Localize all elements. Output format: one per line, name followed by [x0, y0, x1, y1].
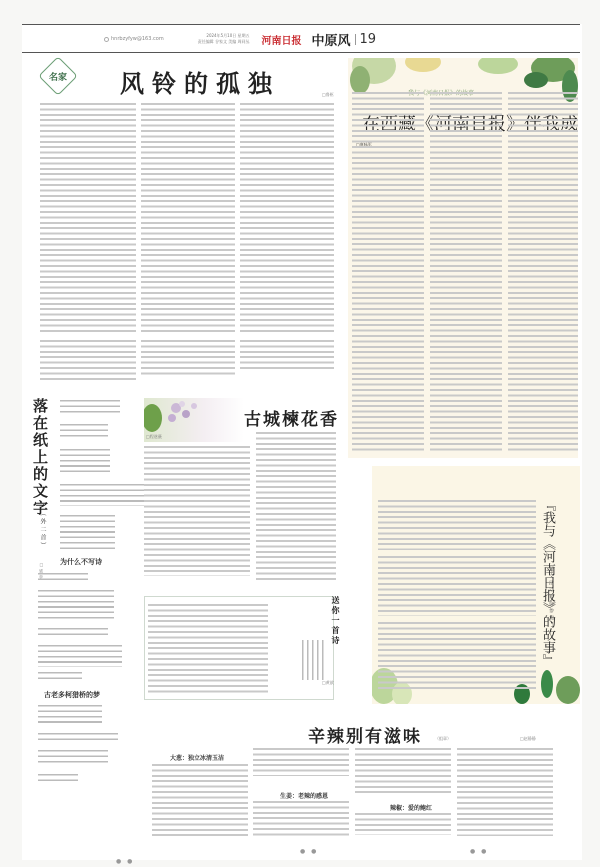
paper-logo: 河南日报: [262, 32, 302, 47]
poem-stanza: [38, 590, 114, 622]
contest-body: [378, 556, 536, 616]
contest-vertical-subtitle: 征文活动等你参加！: [548, 566, 555, 629]
poem-column-title: 落在纸上的文字: [32, 398, 48, 517]
poem-stanza: [60, 424, 108, 440]
header-divider: [355, 34, 356, 45]
main-article-tail-2: [240, 340, 334, 370]
poem-stanza: [38, 573, 88, 583]
spicy-subhead-1: 大葱：独立冰清玉洁: [170, 753, 224, 762]
spicy-col-4: [457, 748, 553, 836]
gift-poem-text: [148, 604, 268, 694]
poem-stanza: [38, 733, 118, 743]
flower-byline: □程遂薇: [146, 434, 162, 440]
header-meta: 2024年5月10日 星期五责任编辑 谷家文 美编 周同丛: [198, 33, 250, 45]
feature-col-3: [508, 92, 578, 454]
flower-col-1: [144, 446, 250, 576]
main-article-tail-0: [40, 340, 136, 380]
page-header: hnrbzyfyw@163.com 2024年5月10日 星期五责任编辑 谷家文…: [22, 27, 580, 51]
contest-requirements: [378, 622, 536, 692]
at-icon: [104, 37, 109, 42]
poem-stanza: [60, 400, 120, 416]
poem-stanza: [38, 645, 122, 667]
spicy-byline: □赵静静: [520, 736, 536, 742]
feature-col-1: [352, 92, 424, 454]
spicy-title: 辛辣别有滋味: [308, 722, 422, 747]
main-article-col-2: [141, 103, 235, 335]
gift-poem-title: 送你一首诗: [331, 596, 342, 646]
spicy-ornament-1: ● ●: [300, 848, 318, 855]
spicy-col-2a: [253, 748, 349, 776]
flower-title: 古城楝花香: [244, 405, 339, 430]
spicy-subhead-3: 辣椒：爱的鲍红: [390, 803, 432, 812]
page-number: 19: [360, 32, 377, 47]
spicy-col-2b: [253, 801, 349, 837]
poem-stanza: [38, 774, 78, 784]
spicy-tag: （组章）: [435, 736, 451, 742]
badge-label: 名家: [40, 70, 76, 83]
header-email[interactable]: hnrbzyfyw@163.com: [104, 36, 164, 42]
column-badge: 名家: [40, 62, 76, 92]
contest-intro: [378, 500, 536, 550]
spicy-subhead-2: 生姜：老辣的感恩: [280, 791, 328, 800]
gift-poem-verse: [302, 640, 326, 680]
poem-column-subtitle: （外二首）: [38, 510, 47, 550]
spicy-col-3a: [355, 748, 451, 796]
header-top-rule: [22, 24, 580, 25]
main-article-tail-1: [141, 340, 235, 375]
poem2-title: 为什么不写诗: [60, 557, 102, 567]
main-article-col-3: [240, 103, 334, 335]
spicy-ornament-2: ● ●: [470, 848, 488, 855]
poem-stanza: [38, 628, 108, 638]
poem-stanza: [38, 672, 82, 682]
section-name: 中原风: [312, 30, 351, 49]
feature-col-2: [430, 92, 502, 454]
spicy-col-3b: [355, 813, 451, 835]
flower-col-2: [256, 432, 336, 582]
header-bottom-rule: [22, 52, 580, 53]
main-article-col-1: [40, 103, 136, 335]
gift-poem-byline: □黄歆: [322, 680, 334, 686]
main-article-byline: □鲁枢: [322, 92, 334, 98]
poem3-title: 古老多柯猎桥的梦: [44, 690, 100, 700]
header-editors: 责任编辑 谷家文 美编 周同丛: [198, 39, 250, 44]
header-date: 2024年5月10日 星期五: [206, 33, 249, 38]
poem-stanza: [60, 515, 115, 553]
poem-stanza: [60, 484, 144, 506]
poem-stanza: [38, 705, 102, 726]
poem-stanza: [38, 750, 108, 766]
left-ornament: ● ●: [116, 858, 134, 865]
spicy-col-1: [152, 764, 248, 836]
poem-stanza: [60, 449, 110, 476]
main-article-title: 风铃的孤独: [120, 64, 280, 99]
